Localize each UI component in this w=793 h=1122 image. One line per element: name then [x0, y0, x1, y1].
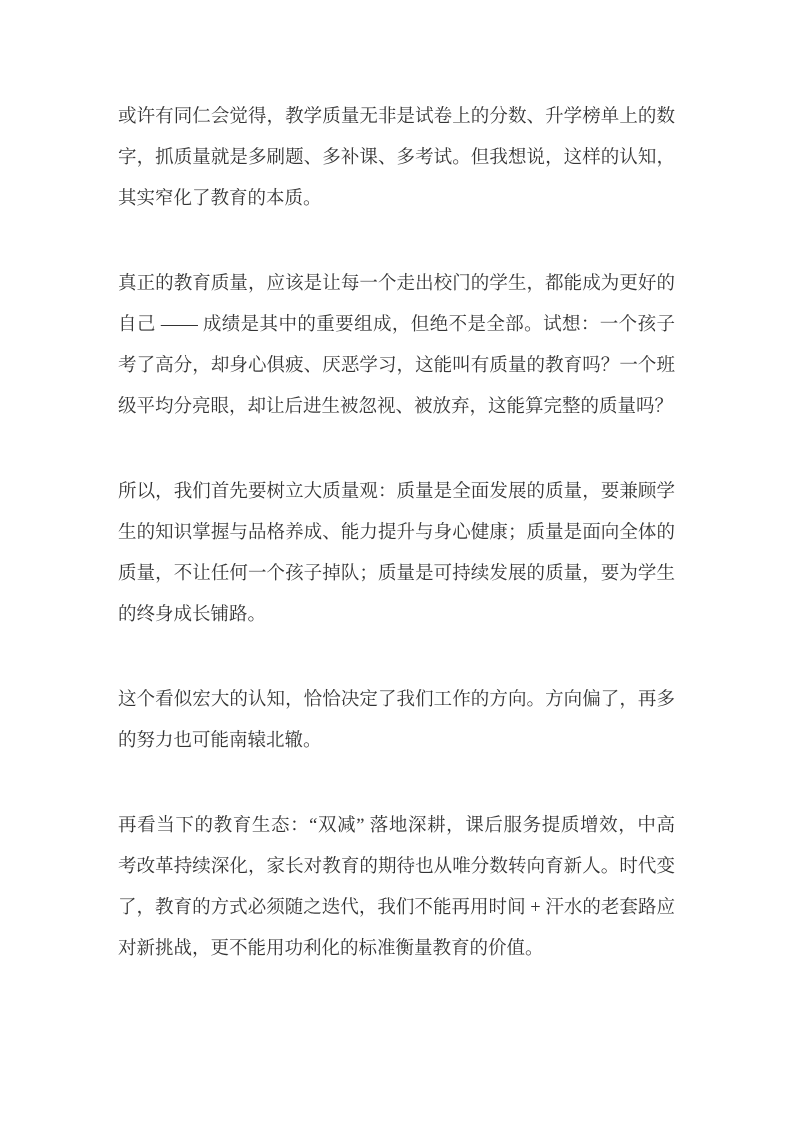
- document-page: 或许有同仁会觉得，教学质量无非是试卷上的分数、升学榜单上的数字，抓质量就是多刷题…: [0, 0, 793, 1122]
- paragraph: 再看当下的教育生态：“双减” 落地深耕，课后服务提质增效，中高考改革持续深化，家…: [118, 806, 675, 970]
- paragraph: 这个看似宏大的认知，恰恰决定了我们工作的方向。方向偏了，再多的努力也可能南辕北辙…: [118, 680, 675, 762]
- document-body: 或许有同仁会觉得，教学质量无非是试卷上的分数、升学榜单上的数字，抓质量就是多刷题…: [118, 0, 675, 1014]
- paragraph: 真正的教育质量，应该是让每一个走出校门的学生，都能成为更好的自己 —— 成绩是其…: [118, 264, 675, 428]
- paragraph: 或许有同仁会觉得，教学质量无非是试卷上的分数、升学榜单上的数字，抓质量就是多刷题…: [118, 97, 675, 220]
- paragraph: 所以，我们首先要树立大质量观：质量是全面发展的质量，要兼顾学生的知识掌握与品格养…: [118, 472, 675, 636]
